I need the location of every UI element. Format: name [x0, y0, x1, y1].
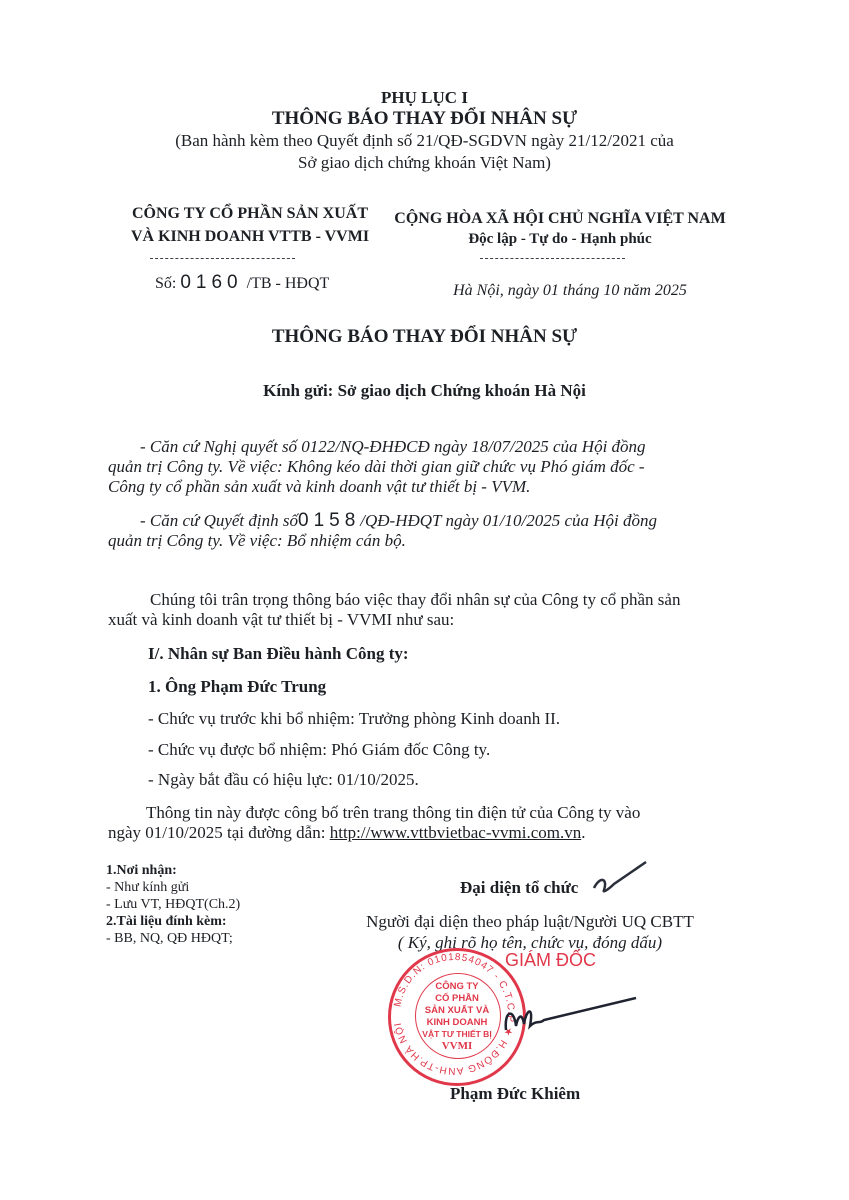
recipients-heading: 1.Nơi nhận: — [106, 862, 240, 879]
company-name-line1: CÔNG TY CỔ PHẦN SẢN XUẤT — [105, 205, 395, 223]
recipients-block: 1.Nơi nhận: - Như kính gửi - Lưu VT, HĐQ… — [106, 862, 240, 947]
initial-signature-icon — [590, 858, 650, 898]
attachment-item: - BB, NQ, QĐ HĐQT; — [106, 930, 240, 947]
seal-line: VVMI — [391, 1041, 523, 1052]
signature-heading: Đại diện tổ chức — [460, 878, 578, 898]
decision-number-stamp: 0158 — [298, 510, 360, 531]
recipient-item: - Lưu VT, HĐQT(Ch.2) — [106, 896, 240, 913]
basis-1-line3: Công ty cổ phần sản xuất và kinh doanh v… — [108, 477, 746, 497]
signer-name: Phạm Đức Khiêm — [450, 1084, 580, 1104]
recipient-item: - Như kính gửi — [106, 879, 240, 896]
document-number: Số: 0160 /TB - HĐQT — [155, 272, 329, 294]
appendix-note-line2: Sở giao dịch chứng khoán Việt Nam) — [0, 153, 849, 173]
number-suffix: /TB - HĐQT — [247, 275, 330, 292]
intro-line1: Chúng tôi trân trọng thông báo việc thay… — [108, 590, 746, 610]
date-line: Hà Nội, ngày 01 tháng 10 năm 2025 — [400, 282, 740, 300]
publication-line2: ngày 01/10/2025 tại đường dẫn: http://ww… — [108, 823, 746, 843]
number-stamp: 0160 — [180, 272, 242, 293]
detail-previous-position: - Chức vụ trước khi bổ nhiệm: Trưởng phò… — [148, 709, 560, 729]
divider-right — [480, 258, 625, 259]
publication-paragraph: Thông tin này được công bố trên trang th… — [108, 803, 746, 843]
person-name: 1. Ông Phạm Đức Trung — [148, 677, 326, 697]
company-name-line2: VÀ KINH DOANH VTTB - VVMI — [105, 228, 395, 246]
intro-paragraph: Chúng tôi trân trọng thông báo việc thay… — [108, 590, 746, 630]
signature-role: Người đại diện theo pháp luật/Người UQ C… — [330, 912, 730, 932]
publication-prefix: ngày 01/10/2025 tại đường dẫn: — [108, 823, 330, 842]
section-heading: I/. Nhân sự Ban Điều hành Công ty: — [148, 644, 409, 664]
basis-resolution: - Căn cứ Nghị quyết số 0122/NQ-ĐHĐCĐ ngà… — [108, 437, 746, 497]
nation-motto: Độc lập - Tự do - Hạnh phúc — [385, 231, 735, 248]
website-link[interactable]: http://www.vttbvietbac-vvmi.com.vn — [330, 823, 582, 842]
appendix-title: PHỤ LỤC I — [0, 88, 849, 108]
detail-new-position: - Chức vụ được bổ nhiệm: Phó Giám đốc Cô… — [148, 740, 490, 760]
basis-1-line2: quản trị Công ty. Về việc: Không kéo dài… — [108, 457, 746, 477]
intro-line2: xuất và kinh doanh vật tư thiết bị - VVM… — [108, 610, 746, 630]
appendix-subtitle: THÔNG BÁO THAY ĐỔI NHÂN SỰ — [0, 108, 849, 130]
number-prefix: Số: — [155, 275, 176, 292]
nation-name: CỘNG HÒA XÃ HỘI CHỦ NGHĨA VIỆT NAM — [385, 210, 735, 228]
basis-1-line1: - Căn cứ Nghị quyết số 0122/NQ-ĐHĐCĐ ngà… — [108, 437, 746, 457]
document-title: THÔNG BÁO THAY ĐỔI NHÂN SỰ — [0, 326, 849, 348]
divider-left — [150, 258, 295, 259]
basis-decision: - Căn cứ Quyết định số0158/QĐ-HĐQT ngày … — [108, 511, 746, 551]
detail-effective-date: - Ngày bắt đầu có hiệu lực: 01/10/2025. — [148, 770, 419, 790]
recipient: Kính gửi: Sở giao dịch Chứng khoán Hà Nộ… — [0, 381, 849, 401]
handwritten-signature-icon — [500, 990, 640, 1040]
basis-2-line1: - Căn cứ Quyết định số0158/QĐ-HĐQT ngày … — [108, 511, 746, 531]
publication-line1: Thông tin này được công bố trên trang th… — [108, 803, 746, 823]
basis-2-suffix: /QĐ-HĐQT ngày 01/10/2025 của Hội đồng — [360, 511, 657, 530]
attachments-heading: 2.Tài liệu đính kèm: — [106, 913, 240, 930]
basis-2-prefix: - Căn cứ Quyết định số — [140, 511, 298, 530]
publication-suffix: . — [581, 823, 585, 842]
basis-2-line2: quản trị Công ty. Về việc: Bổ nhiệm cán … — [108, 531, 746, 551]
appendix-note-line1: (Ban hành kèm theo Quyết định số 21/QĐ-S… — [0, 131, 849, 151]
